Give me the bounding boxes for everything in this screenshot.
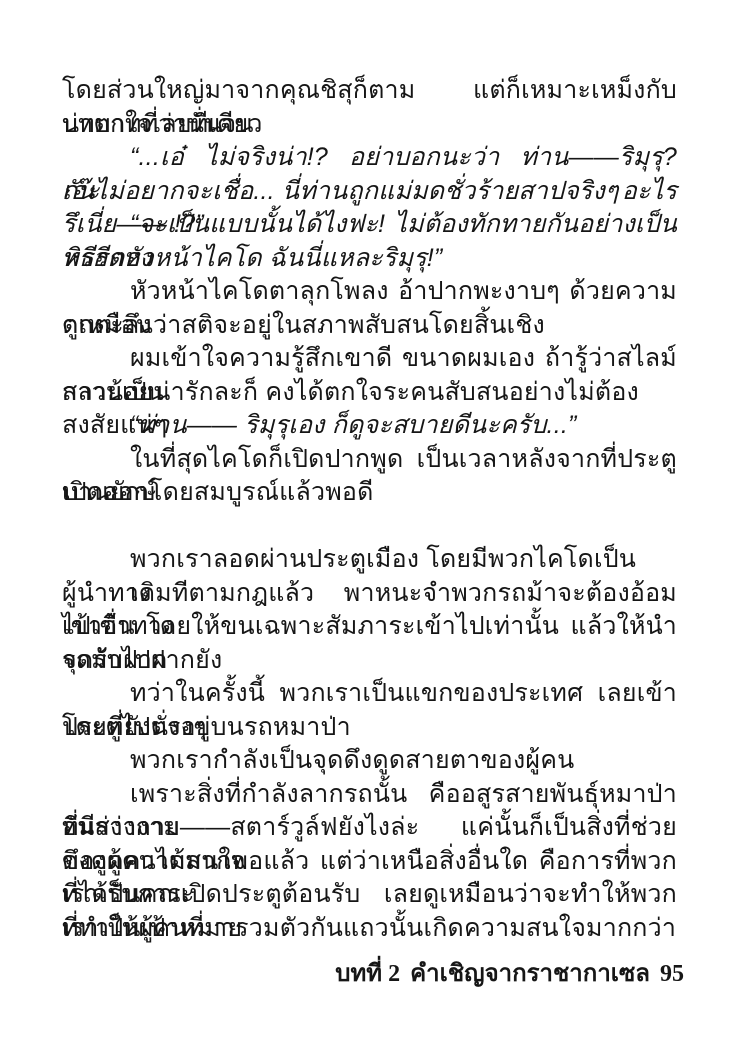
- text-line: ที่ได้รับการเปิดประตูต้อนรับ เลยดูเหมือน…: [62, 878, 677, 912]
- text-line: “...เอ๋ ไม่จริงน่า!? อย่าบอกนะว่า ท่าน——…: [62, 141, 677, 175]
- page-footer: บทที่ 2 คำเชิญจากราชากาเซล 95: [335, 953, 684, 992]
- text-line: ของผู้คนได้มากพอแล้ว แต่ว่าเหนือสิ่งอื่น…: [62, 845, 677, 879]
- text-line: น่าตกใจเลยทีเดียว: [62, 108, 677, 142]
- text-line: หรอกหัวหน้าไคโด ฉันนี่แหละริมุรุ!”: [62, 242, 677, 276]
- chapter-title: คำเชิญจากราชากาเซล: [410, 953, 650, 992]
- text-line: ในที่สุดไคโดก็เปิดปากพูด เป็นเวลาหลังจาก…: [62, 443, 677, 477]
- chapter-label: บทที่ 2: [335, 953, 400, 992]
- text-line: เดิมทีตามกฎแล้ว พาหนะจำพวกรถม้าจะต้องอ้อ…: [62, 577, 677, 611]
- text-line: จุดรับฝาก: [62, 644, 677, 678]
- text-line: ผมเข้าใจความรู้สึกเขาดี ขนาดผมเอง ถ้ารู้…: [62, 342, 677, 376]
- text-line: ที่ทำให้ผู้คนที่มารวมตัวกันแถวนั้นเกิดคว…: [62, 912, 677, 946]
- text-line: ดูเหมือนว่าสติจะอยู่ในสภาพสับสนโดยสิ้นเช…: [62, 309, 677, 343]
- text-line: พวกเราลอดผ่านประตูเมือง โดยมีพวกไคโดเป็น…: [62, 543, 677, 577]
- text-line: เข้าอื่น โดยให้ขนเฉพาะสัมภาระเข้าไปเท่าน…: [62, 610, 677, 644]
- text-line: กันไม่อยากจะเชื่อ... นี่ท่านถูกแม่มดชั่ว…: [62, 175, 677, 209]
- paragraph-break: [62, 510, 677, 544]
- text-line: เพราะสิ่งที่กำลังลากรถนั้น คืออสูรสายพัน…: [62, 778, 677, 812]
- text-line: หัวหน้าไคโดตาลุกโพลง อ้าปากพะงาบๆ ด้วยคว…: [62, 275, 677, 309]
- text-line: อันสง่างาม——สตาร์วูล์ฟยังไงล่ะ แค่นั้นก็…: [62, 811, 677, 845]
- text-line: ทว่าในครั้งนี้ พวกเราเป็นแขกของประเทศ เล…: [62, 677, 677, 711]
- page-number: 95: [660, 961, 684, 988]
- body-text: โดยส่วนใหญ่มาจากคุณชิสุก็ตาม แต่ก็เหมาะเ…: [62, 74, 677, 945]
- text-line: “ท่าน—— ริมุรุเอง ก็ดูจะสบายดีนะครับ...”: [62, 409, 677, 443]
- text-line: พวกเรากำลังเป็นจุดดึงดูดสายตาของผู้คน: [62, 744, 677, 778]
- text-line: สาวน้อยน่ารักละก็ คงได้ตกใจระคนสับสนอย่า…: [62, 376, 677, 410]
- text-line: “จะเป็นแบบนั้นได้ไงฟะ! ไม่ต้องทักทายกันอ…: [62, 208, 677, 242]
- text-line: เปิดออกโดยสมบูรณ์แล้วพอดี: [62, 476, 677, 510]
- text-line: โดยส่วนใหญ่มาจากคุณชิสุก็ตาม แต่ก็เหมาะเ…: [62, 74, 677, 108]
- book-page: โดยส่วนใหญ่มาจากคุณชิสุก็ตาม แต่ก็เหมาะเ…: [0, 0, 738, 1051]
- text-line: โดยที่ยังนั่งอยู่บนรถหมาป่า: [62, 711, 677, 745]
